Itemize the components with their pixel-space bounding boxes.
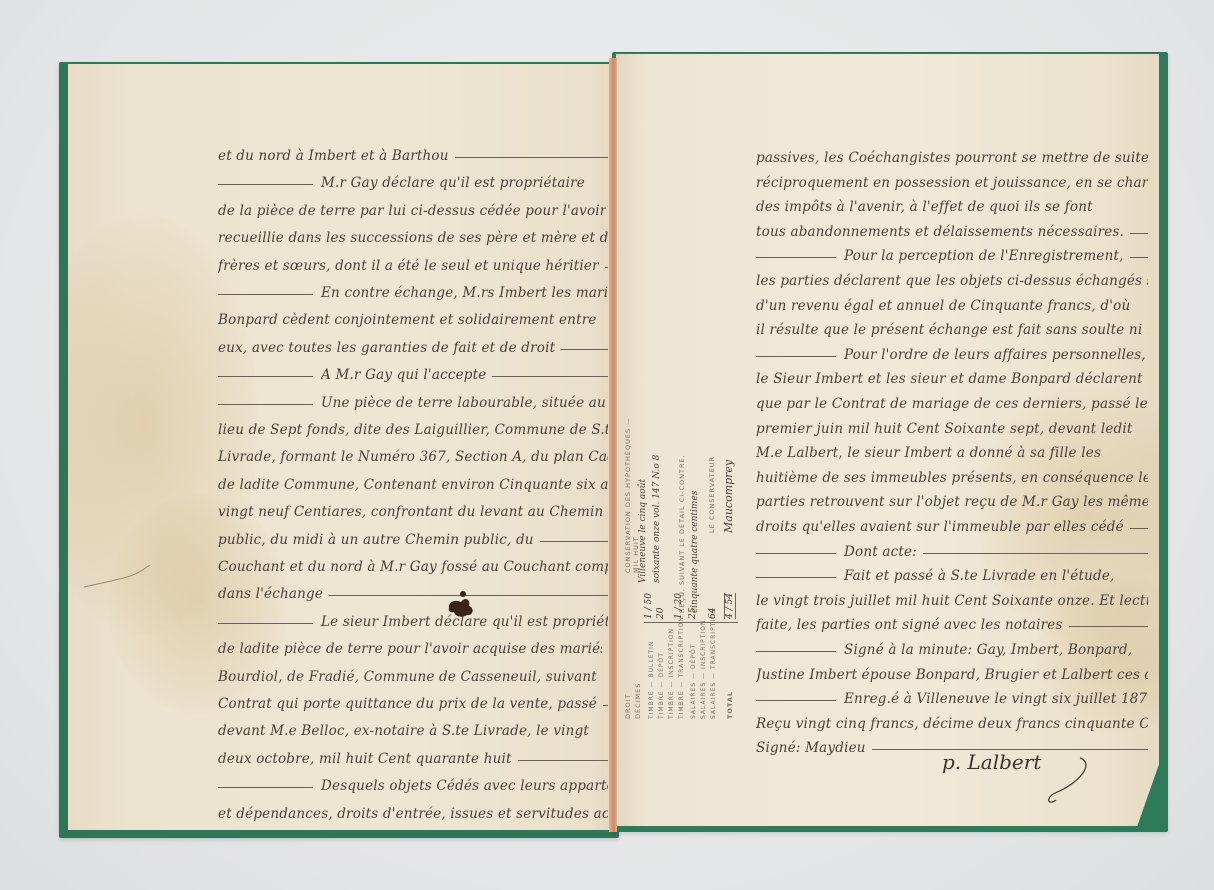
line-text: Signé à la minute: Gay, Imbert, Bonpard, bbox=[844, 642, 1132, 658]
handwritten-line: Couchant et du nord à M.r Gay fossé au C… bbox=[218, 549, 608, 575]
line-text: de ladite Commune, Contenant environ Cin… bbox=[218, 477, 608, 493]
handwritten-line: Signé à la minute: Gay, Imbert, Bonpard, bbox=[756, 632, 1148, 658]
fee-value-transcription: 1 / 20 bbox=[674, 593, 684, 619]
line-text: Pour la perception de l'Enregistrement, bbox=[844, 248, 1124, 264]
handwritten-line: deux octobre, mil huit Cent quarante hui… bbox=[218, 741, 608, 767]
handwritten-line: vingt neuf Centiares, confrontant du lev… bbox=[218, 494, 608, 520]
handwritten-line: Desquels objets Cédés avec leurs apparte… bbox=[218, 768, 608, 794]
line-text: et dépendances, droits d'entrée, issues … bbox=[218, 806, 608, 822]
line-text: deux octobre, mil huit Cent quarante hui… bbox=[218, 751, 512, 767]
line-filler-rule bbox=[218, 294, 313, 295]
handwritten-line: de la pièce de terre par lui ci-dessus c… bbox=[218, 193, 608, 219]
line-text: Bourdiol, de Fradié, Commune de Casseneu… bbox=[218, 669, 597, 685]
fee-label-depot: Timbre — Dépôt bbox=[658, 652, 665, 719]
line-filler-rule bbox=[561, 349, 608, 350]
handwritten-line: frères et sœurs, dont il a été le seul e… bbox=[218, 248, 608, 274]
handwritten-line: Justine Imbert épouse Bonpard, Brugier e… bbox=[756, 657, 1148, 683]
stamp-conservateur-signature: Maucomprey bbox=[722, 460, 735, 533]
line-text: M.e Lalbert, le sieur Imbert a donné à s… bbox=[756, 445, 1101, 461]
stamp-received-label: Reçu, suivant le détail ci-contre, bbox=[678, 454, 686, 613]
handwritten-line: public, du midi à un autre Chemin public… bbox=[218, 522, 608, 548]
handwritten-line: Contrat qui porte quittance du prix de l… bbox=[218, 686, 608, 712]
line-text: parties retrouvent sur l'objet reçu de M… bbox=[756, 494, 1148, 510]
handwritten-line: le vingt trois juillet mil huit Cent Soi… bbox=[756, 583, 1148, 609]
line-text: il résulte que le présent échange est fa… bbox=[756, 322, 1148, 338]
line-filler-rule bbox=[218, 376, 313, 377]
handwritten-line: Reçu vingt cinq francs, décime deux fran… bbox=[756, 706, 1148, 732]
line-text: premier juin mil huit Cent Soixante sept… bbox=[756, 421, 1133, 437]
fee-table-rule bbox=[644, 622, 738, 623]
handwritten-line: Livrade, formant le Numéro 367, Section … bbox=[218, 439, 608, 465]
handwritten-line: des impôts à l'avenir, à l'effet de quoi… bbox=[756, 189, 1148, 215]
handwritten-line: Fait et passé à S.te Livrade en l'étude, bbox=[756, 558, 1148, 584]
line-text: recueillie dans les successions de ses p… bbox=[218, 230, 608, 246]
line-filler-rule bbox=[756, 257, 836, 258]
line-filler-rule bbox=[218, 404, 313, 405]
stamp-handwritten-date: Villeneuve le cinq août bbox=[638, 479, 648, 583]
handwritten-line: eux, avec toutes les garanties de fait e… bbox=[218, 330, 608, 356]
handwritten-line: et dépendances, droits d'entrée, issues … bbox=[218, 796, 608, 822]
line-text: de la pièce de terre par lui ci-dessus c… bbox=[218, 203, 606, 219]
handwritten-line: Une pièce de terre labourable, située au bbox=[218, 385, 608, 411]
line-filler-rule bbox=[1130, 528, 1148, 529]
left-page-text: et du nord à Imbert et à BarthouM.r Gay … bbox=[68, 64, 614, 830]
line-text: Reçu vingt cinq francs, décime deux fran… bbox=[756, 716, 1148, 732]
line-text: faite, les parties ont signé avec les no… bbox=[756, 617, 1063, 633]
line-filler-rule bbox=[756, 700, 836, 701]
handwritten-line: parties retrouvent sur l'objet reçu de M… bbox=[756, 484, 1148, 510]
stamp-handwritten-volume: soixante onze vol. 147 N.o 8 bbox=[652, 455, 662, 583]
handwritten-line: de ladite Commune, Contenant environ Cin… bbox=[218, 467, 608, 493]
line-text: public, du midi à un autre Chemin public… bbox=[218, 532, 534, 548]
handwritten-line: Le sieur Imbert déclare qu'il est propri… bbox=[218, 604, 608, 630]
line-filler-rule bbox=[218, 623, 313, 624]
line-text: M.r Gay déclare qu'il est propriétaire bbox=[321, 175, 585, 191]
line-text: d'un revenu égal et annuel de Cinquante … bbox=[756, 298, 1130, 314]
line-filler-rule bbox=[756, 577, 836, 578]
fee-label-total: Total bbox=[726, 691, 734, 719]
fee-value-depot: 20 bbox=[656, 608, 666, 619]
line-text: Contrat qui porte quittance du prix de l… bbox=[218, 696, 597, 712]
handwritten-line: Enreg.é à Villeneuve le vingt six juille… bbox=[756, 681, 1148, 707]
line-filler-rule bbox=[540, 541, 608, 542]
line-text: Couchant et du nord à M.r Gay fossé au C… bbox=[218, 559, 608, 575]
line-filler-rule bbox=[218, 787, 313, 788]
fee-label-salaires-inscription: Salaires — Inscription bbox=[700, 620, 707, 719]
handwritten-line: de ladite pièce de terre pour l'avoir ac… bbox=[218, 631, 608, 657]
handwritten-line: Pour l'ordre de leurs affaires personnel… bbox=[756, 337, 1148, 363]
fee-label-bulletin: Timbre — Bulletin bbox=[648, 641, 655, 719]
line-text: droits qu'elles avaient sur l'immeuble p… bbox=[756, 519, 1124, 535]
handwritten-line: et du nord à Imbert et à Barthou bbox=[218, 138, 608, 164]
fee-label-salaires-transcription: Salaires — Transcription bbox=[710, 608, 717, 719]
handwritten-line: recueillie dans les successions de ses p… bbox=[218, 220, 608, 246]
handwritten-line: faite, les parties ont signé avec les no… bbox=[756, 607, 1148, 633]
line-text: de ladite pièce de terre pour l'avoir ac… bbox=[218, 641, 602, 657]
line-text: passives, les Coéchangistes pourront se … bbox=[756, 150, 1148, 166]
handwritten-line: En contre échange, M.rs Imbert les marié… bbox=[218, 275, 608, 301]
fee-value-bulletin: 1 / 50 bbox=[644, 593, 654, 619]
stamp-conservateur-label: Le Conservateur bbox=[708, 456, 716, 533]
ink-blot bbox=[445, 590, 479, 620]
line-text: Justine Imbert épouse Bonpard, Brugier e… bbox=[756, 667, 1148, 683]
line-filler-rule bbox=[605, 267, 608, 268]
line-filler-rule bbox=[1069, 626, 1148, 627]
line-text: tous abandonnements et délaissements néc… bbox=[756, 224, 1124, 240]
line-filler-rule bbox=[1130, 257, 1148, 258]
handwritten-line: droits qu'elles avaient sur l'immeuble p… bbox=[756, 509, 1148, 535]
handwritten-line: Bonpard cèdent conjointement et solidair… bbox=[218, 302, 608, 328]
handwritten-line: passives, les Coéchangistes pourront se … bbox=[756, 140, 1148, 166]
line-text: lieu de Sept fonds, dite des Laiguillier… bbox=[218, 422, 608, 438]
line-filler-rule bbox=[923, 553, 1148, 554]
line-filler-rule bbox=[756, 651, 836, 652]
line-text: A M.r Gay qui l'accepte bbox=[321, 367, 486, 383]
handwritten-line: huitième de ses immeubles présents, en c… bbox=[756, 460, 1148, 486]
notary-signature: p. Lalbert bbox=[930, 738, 1110, 808]
fee-label-salaires-depot: Salaires — Dépôt bbox=[690, 644, 697, 719]
handwritten-line: tous abandonnements et délaissements néc… bbox=[756, 214, 1148, 240]
line-text: Livrade, formant le Numéro 367, Section … bbox=[218, 449, 608, 465]
line-filler-rule bbox=[492, 376, 608, 377]
handwritten-line: premier juin mil huit Cent Soixante sept… bbox=[756, 411, 1148, 437]
handwritten-line: A M.r Gay qui l'accepte bbox=[218, 357, 608, 383]
line-text: Bonpard cèdent conjointement et solidair… bbox=[218, 312, 597, 328]
line-text: En contre échange, M.rs Imbert les marié… bbox=[321, 285, 608, 301]
fee-value-total: 4 / 54 bbox=[724, 593, 736, 619]
paper-crack bbox=[82, 560, 152, 590]
handwritten-line: Bourdiol, de Fradié, Commune de Casseneu… bbox=[218, 659, 608, 685]
line-filler-rule bbox=[603, 705, 608, 706]
handwritten-line: dans l'échange bbox=[218, 576, 608, 602]
line-text: Enreg.é à Villeneuve le vingt six juille… bbox=[844, 691, 1148, 707]
line-text: le Sieur Imbert et les sieur et dame Bon… bbox=[756, 371, 1143, 387]
fee-value-salaires-depot: 25 bbox=[688, 608, 698, 619]
line-filler-rule bbox=[1130, 233, 1148, 234]
handwritten-line: les parties déclarent que les objets ci-… bbox=[756, 263, 1148, 289]
handwritten-line: que par le Contrat de mariage de ces der… bbox=[756, 386, 1148, 412]
line-text: Desquels objets Cédés avec leurs apparte… bbox=[321, 778, 608, 794]
fee-label-droit: Droit bbox=[624, 693, 632, 719]
line-text: que par le Contrat de mariage de ces der… bbox=[756, 396, 1148, 412]
line-text: eux, avec toutes les garanties de fait e… bbox=[218, 340, 555, 356]
handwritten-line: il résulte que le présent échange est fa… bbox=[756, 312, 1148, 338]
line-text: les parties déclarent que les objets ci-… bbox=[756, 273, 1148, 289]
line-filler-rule bbox=[518, 760, 608, 761]
line-text: huitième de ses immeubles présents, en c… bbox=[756, 470, 1148, 486]
line-text: et du nord à Imbert et à Barthou bbox=[218, 148, 449, 164]
line-text: Dont acte: bbox=[844, 544, 917, 560]
line-text: réciproquement en possession et jouissan… bbox=[756, 175, 1148, 191]
handwritten-line: devant M.e Belloc, ex-notaire à S.te Liv… bbox=[218, 713, 608, 739]
line-text: dans l'échange bbox=[218, 586, 323, 602]
fee-value-salaires-transcription: 64 bbox=[708, 608, 718, 619]
line-text: Fait et passé à S.te Livrade en l'étude, bbox=[844, 568, 1115, 584]
line-text: devant M.e Belloc, ex-notaire à S.te Liv… bbox=[218, 723, 589, 739]
left-page: et du nord à Imbert et à BarthouM.r Gay … bbox=[68, 64, 614, 830]
handwritten-line: M.e Lalbert, le sieur Imbert a donné à s… bbox=[756, 435, 1148, 461]
handwritten-line: M.r Gay déclare qu'il est propriétaire bbox=[218, 165, 608, 191]
line-text: Pour l'ordre de leurs affaires personnel… bbox=[844, 347, 1146, 363]
line-text: vingt neuf Centiares, confrontant du lev… bbox=[218, 504, 603, 520]
line-text: Signé: Maydieu bbox=[756, 740, 866, 756]
handwritten-line: Dont acte: bbox=[756, 534, 1148, 560]
fee-label-decimes: Décimes bbox=[634, 683, 642, 719]
line-filler-rule bbox=[455, 157, 608, 158]
line-text: des impôts à l'avenir, à l'effet de quoi… bbox=[756, 199, 1093, 215]
line-text: frères et sœurs, dont il a été le seul e… bbox=[218, 258, 599, 274]
stamp-received-amount: cinquante quatre centimes bbox=[690, 491, 700, 613]
signature-flourish bbox=[930, 738, 1110, 808]
handwritten-line: lieu de Sept fonds, dite des Laiguillier… bbox=[218, 412, 608, 438]
mortgage-office-stamp: Conservation des hypothèques — mil huit … bbox=[618, 408, 748, 723]
line-text: Une pièce de terre labourable, située au bbox=[321, 395, 606, 411]
fee-label-transcription: Timbre — Transcription bbox=[678, 616, 685, 719]
line-filler-rule bbox=[756, 553, 836, 554]
handwritten-line: d'un revenu égal et annuel de Cinquante … bbox=[756, 288, 1148, 314]
handwritten-line: le Sieur Imbert et les sieur et dame Bon… bbox=[756, 361, 1148, 387]
book-spine bbox=[609, 58, 617, 832]
line-filler-rule bbox=[218, 184, 313, 185]
line-text: le vingt trois juillet mil huit Cent Soi… bbox=[756, 593, 1148, 609]
handwritten-line: Pour la perception de l'Enregistrement, bbox=[756, 238, 1148, 264]
handwritten-line: réciproquement en possession et jouissan… bbox=[756, 165, 1148, 191]
fee-label-inscription: Timbre — Inscription bbox=[668, 628, 675, 719]
line-filler-rule bbox=[756, 356, 836, 357]
